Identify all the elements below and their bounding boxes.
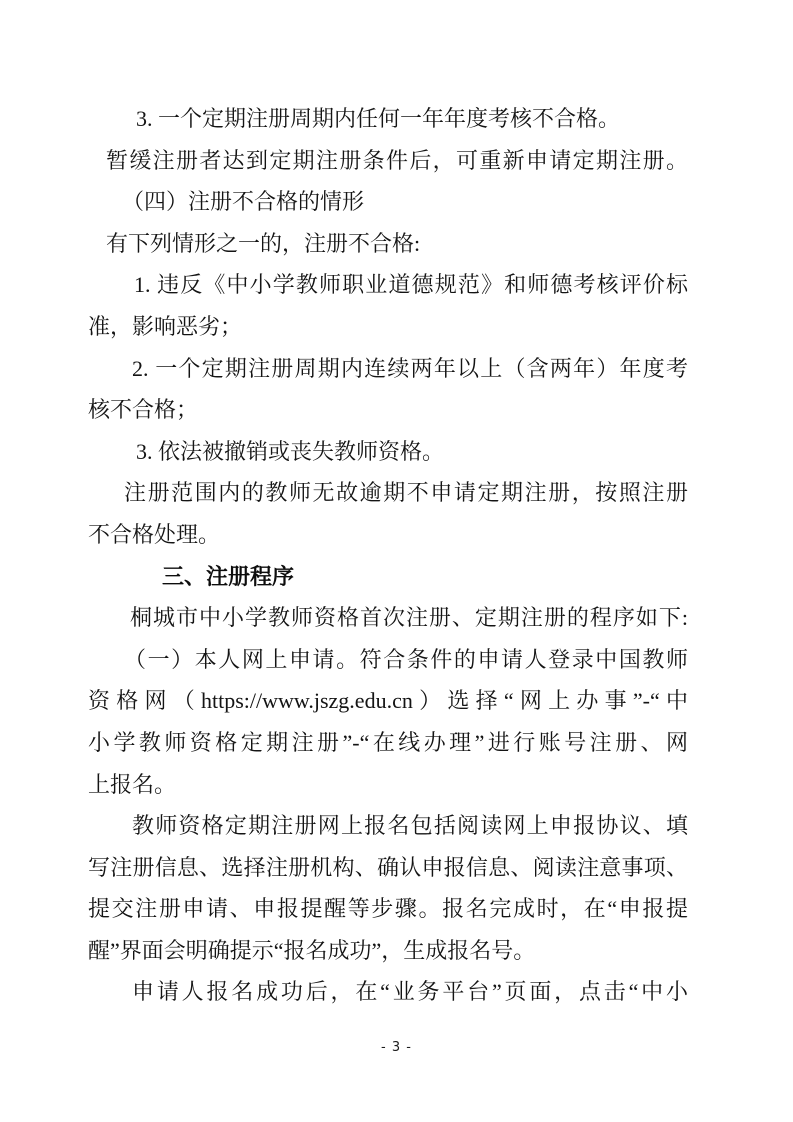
online-registration-steps-line-4: 醒”界面会明确提示“报名成功”，生成报名号。 (88, 930, 688, 972)
clause-annual-assessment-fail-line-1: 3. 一个定期注册周期内任何一年年度考核不合格。 (88, 98, 688, 140)
fail-item-2-line-2: 核不合格； (88, 389, 688, 431)
online-registration-steps-line-3: 提交注册申请、申报提醒等步骤。报名完成时，在“申报提 (88, 888, 688, 930)
procedure-intro-line-1: 桐城市中小学教师资格首次注册、定期注册的程序如下: (88, 597, 688, 639)
step-1-online-application-line-2: 资格网（https://www.jszg.edu.cn）选择“网上办事”-“中 (88, 680, 688, 722)
section-heading: 三、注册程序 (88, 556, 688, 598)
step-1-online-application-line-4: 上报名。 (88, 764, 688, 806)
document-page: 3. 一个定期注册周期内任何一年年度考核不合格。暂缓注册者达到定期注册条件后，可… (0, 0, 793, 1122)
fail-item-1-line-1: 1. 违反《中小学教师职业道德规范》和师德考核评价标 (88, 264, 688, 306)
fail-item-2-line-1: 2. 一个定期注册周期内连续两年以上（含两年）年度考 (88, 348, 688, 390)
step-1-online-application-line-1: （一）本人网上申请。符合条件的申请人登录中国教师 (88, 639, 688, 681)
deferred-reapply-note-line-1: 暂缓注册者达到定期注册条件后，可重新申请定期注册。 (88, 140, 688, 182)
fail-item-3-line-1: 3. 依法被撤销或丧失教师资格。 (88, 431, 688, 473)
overdue-treated-as-fail-line-1: 注册范围内的教师无故逾期不申请定期注册，按照注册 (88, 472, 688, 514)
page-footer: - 3 - (0, 1038, 793, 1056)
document-body: 3. 一个定期注册周期内任何一年年度考核不合格。暂缓注册者达到定期注册条件后，可… (88, 98, 688, 1013)
online-registration-steps-line-1: 教师资格定期注册网上报名包括阅读网上申报协议、填 (88, 805, 688, 847)
step-1-online-application-line-3: 小学教师资格定期注册”-“在线办理”进行账号注册、网 (88, 722, 688, 764)
overdue-treated-as-fail-line-2: 不合格处理。 (88, 514, 688, 556)
fail-item-1-line-2: 准，影响恶劣； (88, 306, 688, 348)
page-number: - 3 - (381, 1040, 412, 1055)
online-registration-steps-line-2: 写注册信息、选择注册机构、确认申报信息、阅读注意事项、 (88, 847, 688, 889)
fail-conditions-intro-line-1: 有下列情形之一的，注册不合格: (88, 223, 688, 265)
after-signup-success-line-1: 申请人报名成功后，在“业务平台”页面，点击“中小 (88, 971, 688, 1013)
subsection-4-title-line-1: （四）注册不合格的情形 (88, 181, 688, 223)
